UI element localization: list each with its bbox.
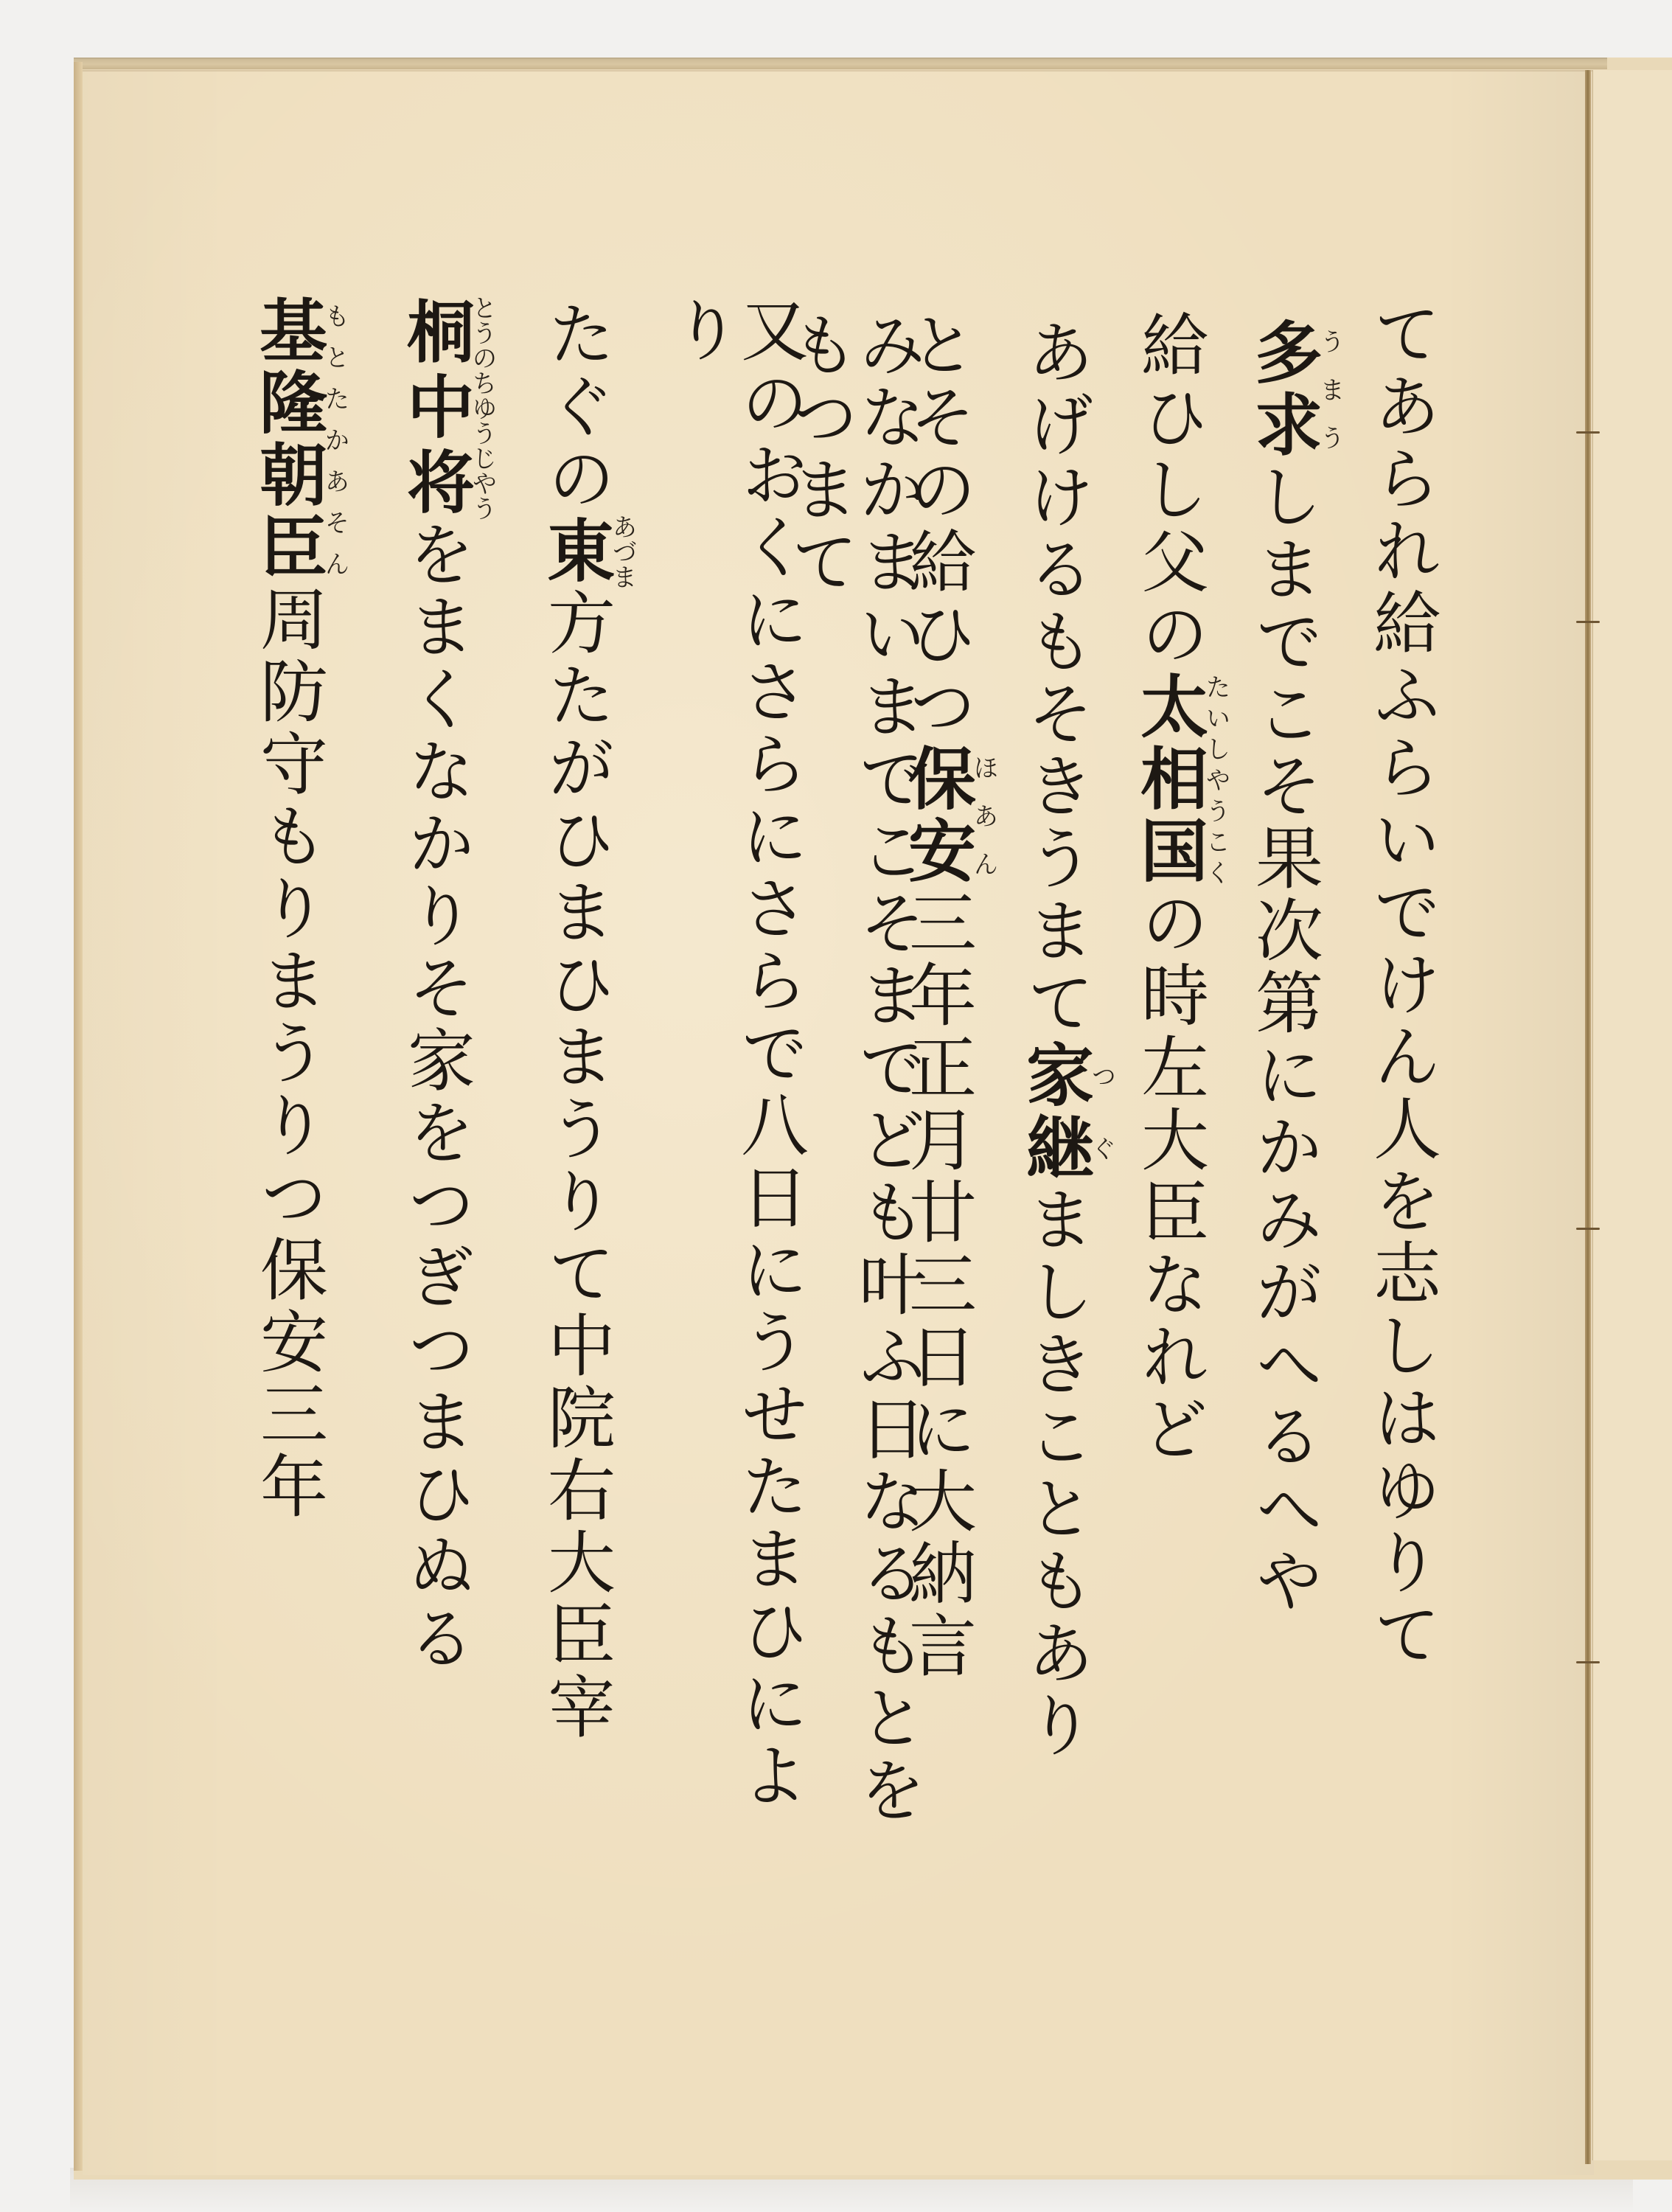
- binding-stitch: [1576, 1661, 1600, 1663]
- ruby-annotated-term: 多求うまう: [1244, 317, 1323, 462]
- text-column-4: あげけるもそきうまて家継つぐましきこともあり: [1021, 317, 1114, 1880]
- text-column-7: 又のおくにさらにさらで八日にうせたまひにより: [667, 295, 803, 1858]
- column-text: しまでこそ果次第にかみがへるへや: [1244, 462, 1323, 1618]
- ruby-annotated-term: 家継つぐ: [1016, 1040, 1095, 1184]
- text-column-9: 桐中将とうのちゆうじやうをまくなかりそ家をつぎつまひぬる: [402, 295, 495, 1858]
- ruby-annotated-term: 太相国たいしやうこく: [1130, 671, 1209, 888]
- text-column-10: 基隆朝臣もとたかあそん周防守もりまうりつ保安三年: [254, 295, 347, 1858]
- column-text: をまくなかりそ家をつぎつまひぬる: [397, 519, 476, 1675]
- column-text: ましきこともあり: [1016, 1184, 1095, 1762]
- column-text: 周防守もりまうりつ保安三年: [249, 584, 328, 1523]
- book-left-edge: [74, 62, 83, 2171]
- ruby-annotated-term: 東あづま: [537, 515, 616, 588]
- column-text: あげけるもそきうまて: [1016, 317, 1095, 1040]
- right-page-edge: [1592, 70, 1672, 2160]
- ruby-annotated-term: 桐中将とうのちゆうじやう: [397, 295, 476, 519]
- book-top-edge: [74, 58, 1607, 69]
- text-column-8: たぐの東あづま方たがひまひまうりて中院右大臣宰: [542, 299, 635, 1862]
- text-column-1: てあられ給ふらいでけん人を志しはゆりて: [1368, 299, 1435, 1862]
- column-text: たぐの: [537, 299, 616, 515]
- column-text: てあられ給ふらいでけん人を志しはゆりて: [1362, 299, 1441, 1672]
- column-text: 方たがひまひまうりて中院右大臣宰: [537, 588, 616, 1744]
- ruby-annotated-term: 基隆朝臣もとたかあそん: [249, 295, 328, 584]
- text-column-2: 多求うまうしまでこそ果次第にかみがへるへや: [1250, 317, 1342, 1880]
- text-column-3: 給ひし父の太相国たいしやうこくの時左大臣なれど: [1135, 310, 1228, 1873]
- binding-gutter: [1585, 70, 1591, 2164]
- column-text: 又のおくにさらにさらで八日にうせたまひにより: [662, 295, 809, 1812]
- binding-stitch: [1576, 431, 1600, 434]
- column-text: の時左大臣なれど: [1130, 888, 1209, 1466]
- column-text: 給ひし父の: [1130, 310, 1209, 671]
- binding-stitch: [1576, 1228, 1600, 1230]
- binding-stitch: [1576, 621, 1600, 623]
